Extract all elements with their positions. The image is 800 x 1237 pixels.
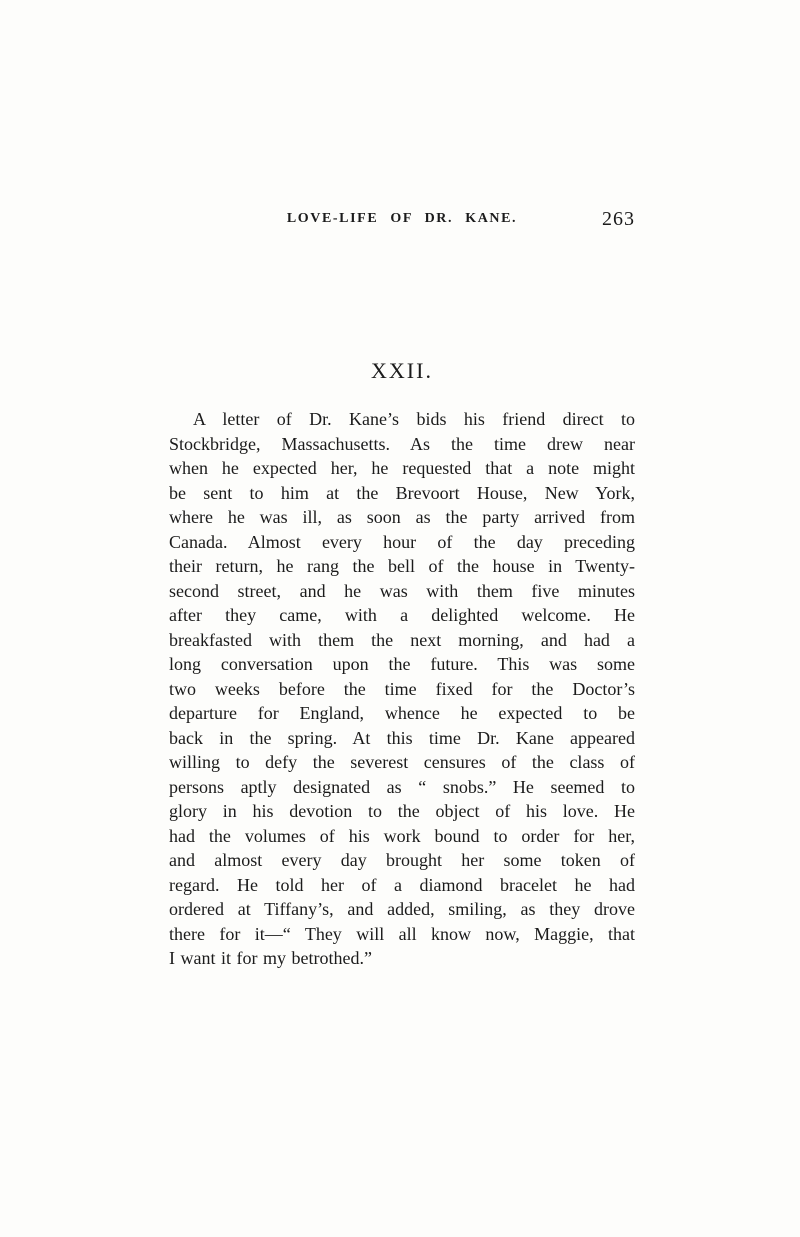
running-title: LOVE-LIFE OF DR. KANE. bbox=[169, 211, 635, 227]
text-line: be sent to him at the Brevoort House, Ne… bbox=[169, 481, 635, 506]
text-line: glory in his devotion to the object of h… bbox=[169, 799, 635, 824]
text-line: after they came, with a delighted welcom… bbox=[169, 603, 635, 628]
page-number: 263 bbox=[602, 208, 635, 231]
text-line: their return, he rang the bell of the ho… bbox=[169, 554, 635, 579]
text-line: persons aptly designated as “ snobs.” He… bbox=[169, 775, 635, 800]
text-line: A letter of Dr. Kane’s bids his friend d… bbox=[169, 407, 635, 432]
text-line: had the volumes of his work bound to ord… bbox=[169, 824, 635, 849]
text-line: when he expected her, he requested that … bbox=[169, 456, 635, 481]
text-line: there for it—“ They will all know now, M… bbox=[169, 922, 635, 947]
chapter-heading: XXII. bbox=[169, 358, 635, 384]
text-line: ordered at Tiffany’s, and added, smiling… bbox=[169, 897, 635, 922]
text-line: willing to defy the severest censures of… bbox=[169, 750, 635, 775]
text-line: regard. He told her of a diamond bracele… bbox=[169, 873, 635, 898]
text-line: two weeks before the time fixed for the … bbox=[169, 677, 635, 702]
text-line: second street, and he was with them five… bbox=[169, 579, 635, 604]
text-line: back in the spring. At this time Dr. Kan… bbox=[169, 726, 635, 751]
text-line: Canada. Almost every hour of the day pre… bbox=[169, 530, 635, 555]
text-line: departure for England, whence he expecte… bbox=[169, 701, 635, 726]
book-page: LOVE-LIFE OF DR. KANE. 263 XXII. A lette… bbox=[0, 0, 800, 1237]
body-paragraph: A letter of Dr. Kane’s bids his friend d… bbox=[169, 407, 635, 971]
text-line: where he was ill, as soon as the party a… bbox=[169, 505, 635, 530]
text-line: Stockbridge, Massachusetts. As the time … bbox=[169, 432, 635, 457]
running-header: LOVE-LIFE OF DR. KANE. 263 bbox=[169, 211, 635, 227]
text-line: breakfasted with them the next morning, … bbox=[169, 628, 635, 653]
text-line: I want it for my betrothed.” bbox=[169, 946, 635, 971]
text-line: and almost every day brought her some to… bbox=[169, 848, 635, 873]
text-line: long conversation upon the future. This … bbox=[169, 652, 635, 677]
